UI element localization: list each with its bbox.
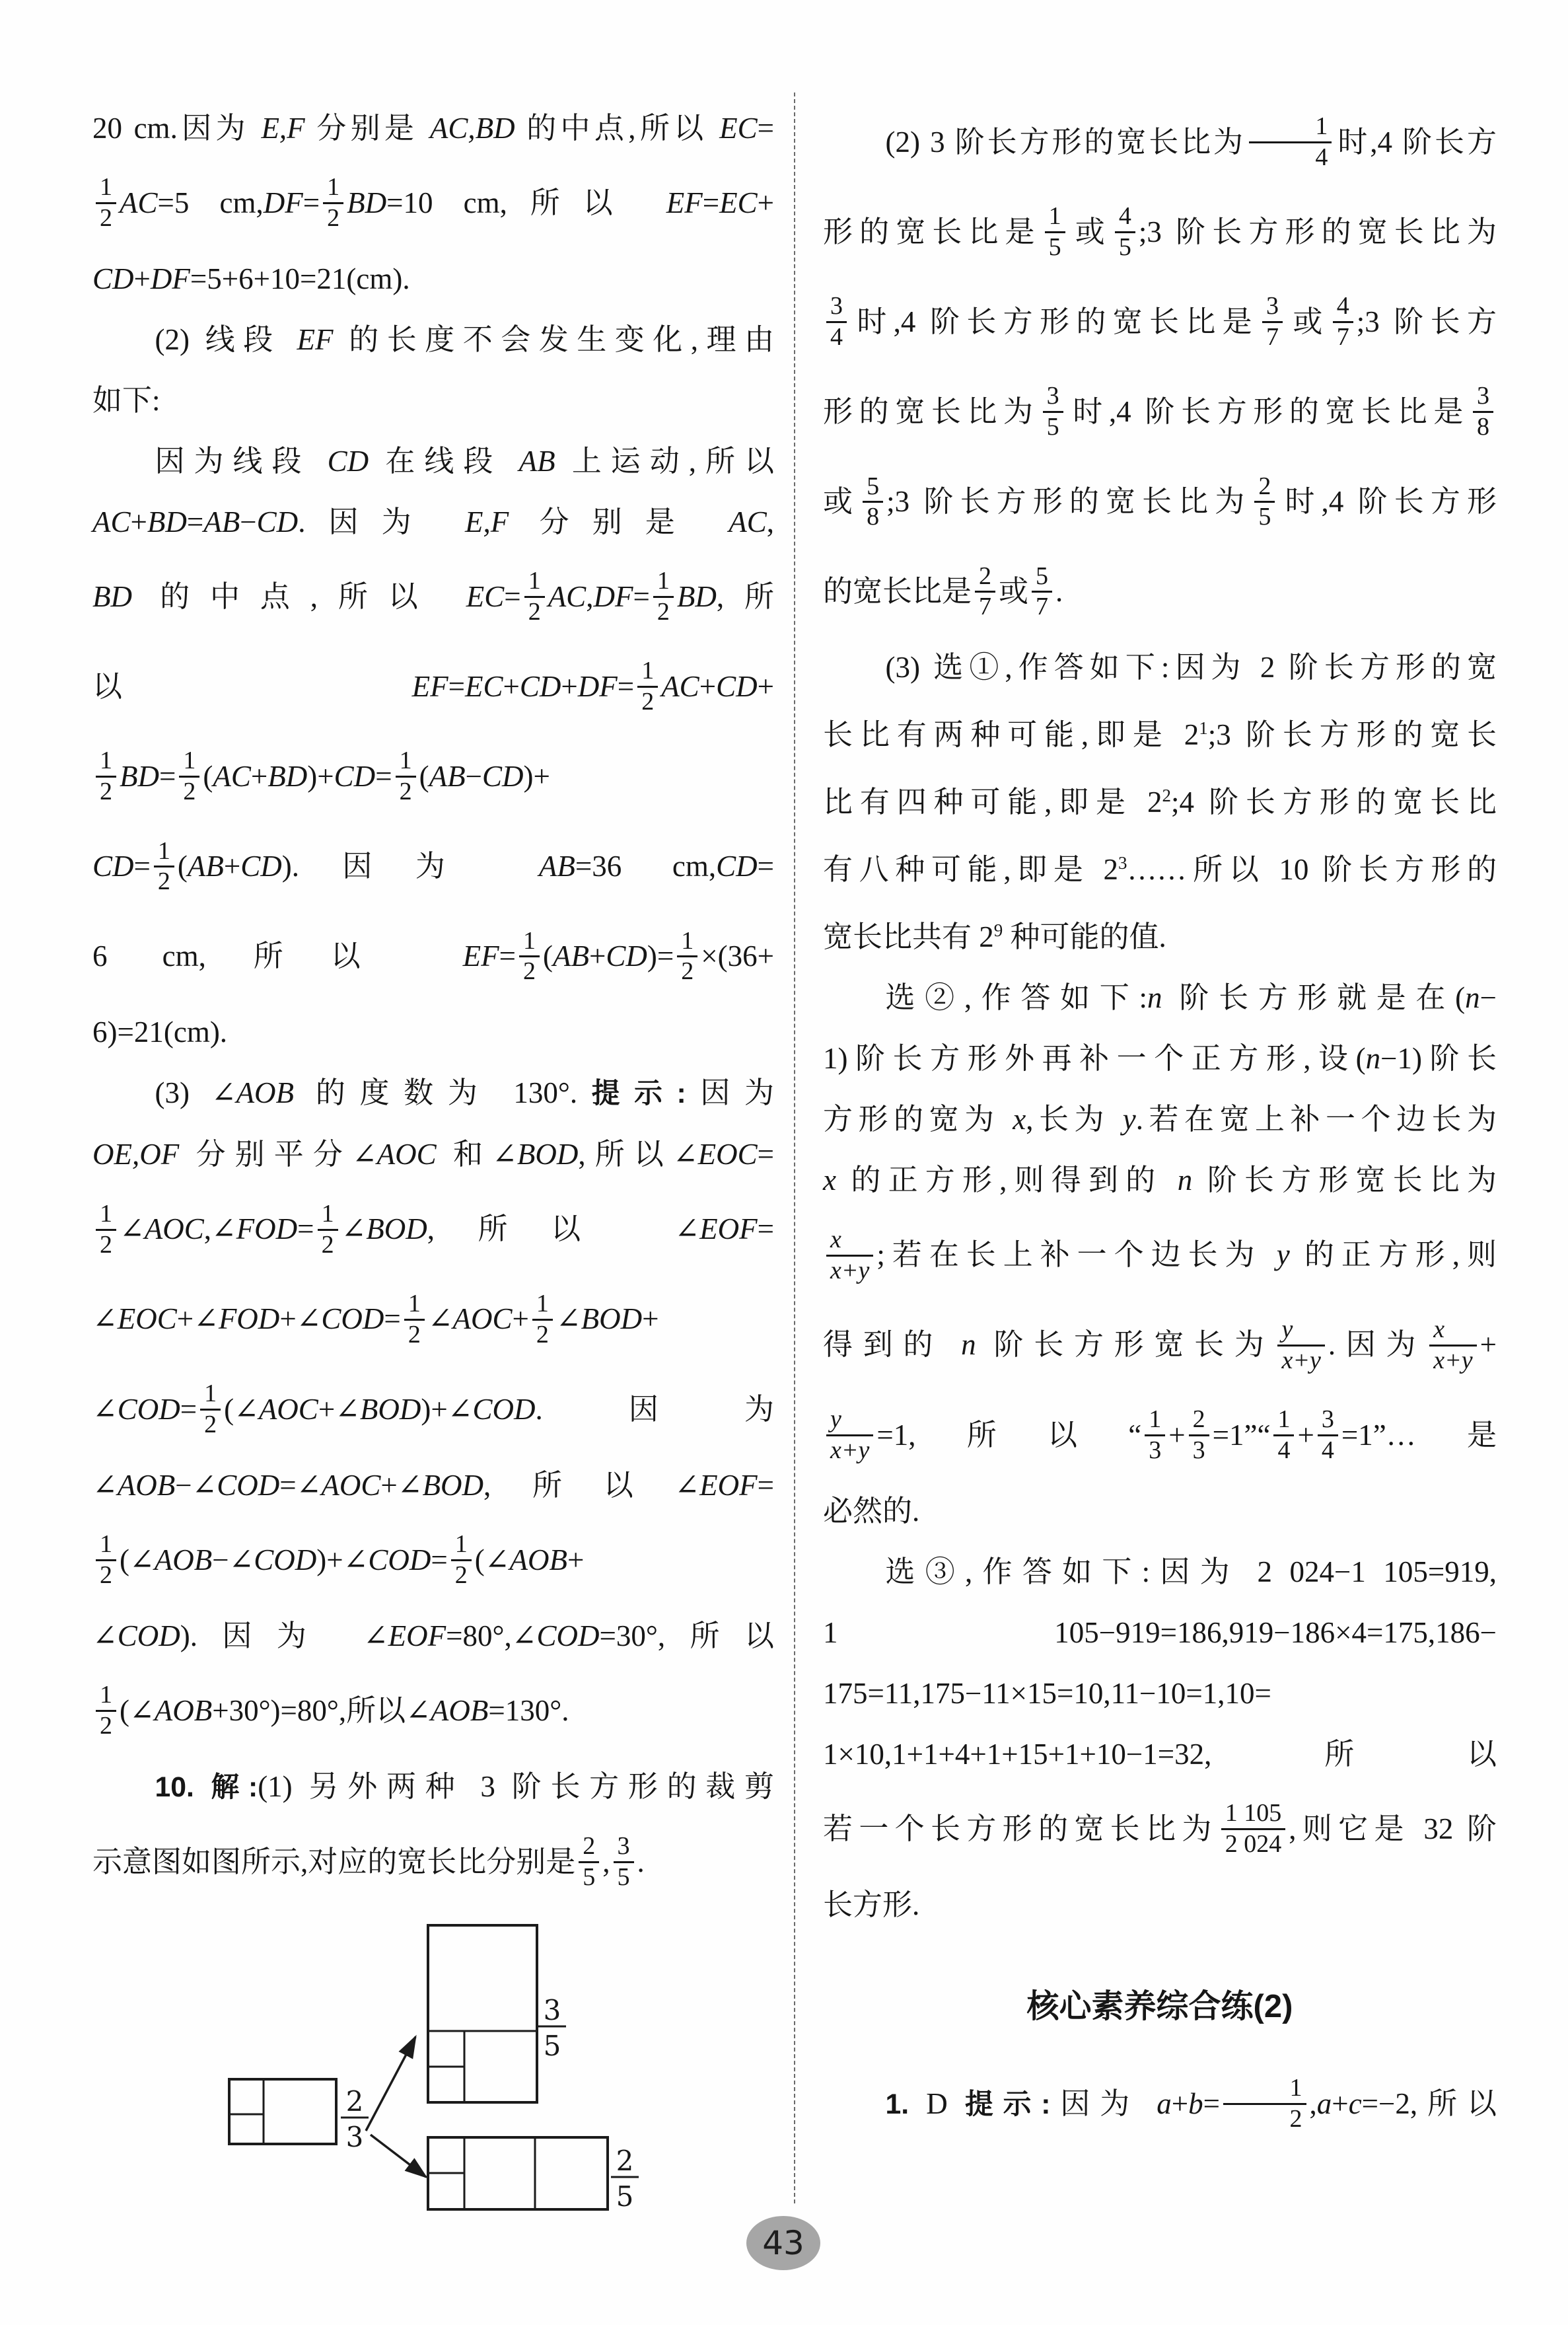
math: =80°, — [446, 1619, 512, 1652]
left-column: 20 cm.因为 E,F 分别是 AC,BD 的中点,所以 EC=12AC=5 … — [92, 98, 774, 2229]
math: ;3 — [1357, 305, 1394, 338]
fraction: 34 — [1318, 1407, 1338, 1464]
superscript: 1 — [1199, 718, 1208, 738]
math: 130°. — [513, 1076, 577, 1109]
fraction: 12 — [154, 838, 174, 896]
fraction-denominator: 3 — [1189, 1434, 1209, 1464]
text: 分别是 — [305, 112, 430, 145]
math-variable: AB — [519, 445, 555, 478]
math-variable: ∠COD — [343, 1543, 431, 1576]
math-variable: ∠EOF — [674, 1469, 757, 1502]
text: 或 — [1286, 305, 1330, 338]
fraction-numerator: 1 — [1223, 2075, 1306, 2103]
text: 阶长方形的宽长比为 — [923, 485, 1251, 518]
text-line: 175=11,175−11×15=10,11−10=1,10= — [823, 1663, 1497, 1724]
fraction: 12 — [96, 1682, 116, 1740]
math: + — [503, 670, 520, 703]
math-variable: DF — [151, 262, 190, 295]
fraction: 12 — [96, 174, 116, 232]
text: 阶长方形的宽长比是 — [930, 305, 1259, 338]
text: 线段 — [205, 323, 297, 356]
text-line: 必然的. — [823, 1481, 1497, 1541]
math: 1 105−919=186,919−186×4=175,186− — [823, 1616, 1497, 1649]
math: − — [212, 1543, 229, 1576]
fraction-denominator: 5 — [1043, 411, 1063, 441]
math-variable: ∠COD — [192, 1469, 280, 1502]
math-variable: AB — [188, 850, 224, 883]
fraction-denominator: 5 — [1115, 231, 1135, 261]
math: ×(36+ — [701, 940, 774, 973]
math: 1) — [823, 1042, 848, 1075]
math: + — [134, 262, 151, 295]
fraction: 12 — [404, 1291, 425, 1348]
text: 示意图如图所示,对应的宽长比分别是 — [92, 1845, 575, 1878]
text: 阶长方形就是在( — [1162, 981, 1465, 1014]
math: 3 — [480, 1770, 495, 1803]
fraction-numerator: 1 — [179, 748, 199, 776]
fraction: 35 — [614, 1833, 634, 1891]
text-line: 比有四种可能,即是 22;4 阶长方形的宽长比 — [823, 765, 1497, 832]
math-variable: ∠AOC — [297, 1469, 381, 1502]
math-variable: a — [1157, 2087, 1172, 2120]
math-variable: ∠BOD — [556, 1302, 642, 1335]
text: 的中点,所以 — [132, 580, 466, 613]
text: 阶长方 — [1394, 305, 1497, 338]
math-variable: EC — [466, 580, 505, 613]
text-line: 12∠AOC,∠FOD=12∠BOD,所以 ∠EOF= — [92, 1185, 774, 1274]
fraction-numerator: 4 — [1115, 203, 1135, 231]
math: = — [1203, 2087, 1220, 2120]
text: 时, — [850, 305, 901, 338]
text: 因为线段 — [155, 445, 328, 478]
text: 阶 — [1467, 1812, 1497, 1845]
math: , — [717, 580, 724, 613]
text: 或 — [1069, 215, 1112, 248]
math-variable: n — [1366, 1042, 1381, 1075]
text: 阶长 — [1422, 1042, 1497, 1075]
math-variable: ∠COD — [92, 1393, 180, 1426]
math-variable: ∠EOF — [363, 1619, 446, 1652]
text: 上运动,所以 — [555, 445, 774, 478]
math-variable: b — [1188, 2087, 1203, 2120]
text: 另外两种 — [309, 1770, 481, 1803]
math: = — [279, 1469, 296, 1502]
text: 或 — [823, 485, 859, 518]
fraction: 25 — [1254, 474, 1275, 531]
math: +30°)=80°, — [212, 1694, 346, 1727]
fraction: 12 — [96, 748, 116, 805]
source-rectangle — [229, 2079, 336, 2144]
fraction-numerator: 1 — [96, 1682, 116, 1710]
text: 的正方形,则 — [1290, 1238, 1497, 1271]
math-variable: n — [961, 1328, 976, 1361]
text: .若在宽上补一个边长为 — [1136, 1103, 1497, 1136]
svg-text:5: 5 — [616, 2180, 634, 2213]
text-line: OE,OF 分别平分∠AOC 和∠BOD,所以∠EOC= — [92, 1124, 774, 1185]
svg-text:3: 3 — [544, 1994, 561, 2026]
text: 形的宽长比是 — [823, 215, 1042, 248]
text: 若在长上补一个边长为 — [885, 1238, 1277, 1271]
math-variable: AC — [120, 186, 158, 219]
column-divider-dashed-line — [794, 92, 795, 2203]
text: 阶长方形的裁剪 — [495, 1770, 774, 1803]
fraction-numerator: 1 — [524, 568, 545, 596]
math-variable: ∠AOC — [428, 1302, 513, 1335]
math: =5 cm, — [158, 186, 264, 219]
text: 阶长方形的宽长比 — [1209, 786, 1497, 819]
math: ( — [178, 850, 188, 883]
text-line: (2) 3 阶长方形的宽长比为14时,4 阶长方 — [823, 98, 1497, 188]
text: 的中点,所以 — [515, 112, 719, 145]
fraction-denominator: 2 — [519, 955, 540, 985]
fraction: 12 — [653, 568, 674, 626]
math-variable: n — [1178, 1163, 1193, 1197]
text: ,长为 — [1026, 1103, 1123, 1136]
text-line: BD 的中点,所以 EC=12AC,DF=12BD,所 — [92, 552, 774, 642]
text-line: ∠COD=12(∠AOC+∠BOD)+∠COD.因为 — [92, 1365, 774, 1455]
text: 分别平分 — [179, 1138, 352, 1171]
math: (3) — [886, 651, 934, 684]
fraction: 12 — [451, 1532, 472, 1589]
math: ;3 — [1208, 718, 1246, 751]
text: ”…是 — [1373, 1419, 1497, 1452]
math: + — [1480, 1328, 1497, 1361]
math-variable: ∠EOF — [674, 1212, 757, 1245]
math: = — [303, 186, 320, 219]
math: (1) — [258, 1770, 308, 1803]
math-variable: E,F — [465, 505, 509, 538]
text-line: 形的宽长比为35时,4 阶长方形的宽长比是38 — [823, 367, 1497, 457]
math-variable: BD — [267, 760, 307, 793]
text: 所以 — [346, 1694, 406, 1727]
svg-text:5: 5 — [544, 2030, 561, 2062]
math-variable: BD — [120, 760, 159, 793]
text: 阶长方形的宽长比为 — [955, 126, 1246, 159]
text-line: 的宽长比是27或57. — [823, 547, 1497, 637]
text-line: 形的宽长比是15或45;3 阶长方形的宽长比为 — [823, 188, 1497, 277]
math: 2 — [1103, 853, 1118, 886]
math: ( — [475, 1543, 485, 1576]
math-variable: AC,BD — [430, 112, 515, 145]
fraction-denominator: 2 — [96, 1229, 116, 1259]
math-variable: EF — [666, 186, 703, 219]
fraction-numerator: x — [1429, 1317, 1476, 1345]
fraction-numerator: 1 — [1145, 1407, 1165, 1434]
fraction-numerator: 1 — [1273, 1407, 1294, 1434]
math: )+ — [421, 1393, 447, 1426]
fraction-numerator: 3 — [614, 1833, 634, 1861]
math: =−2, — [1362, 2087, 1418, 2120]
math: + — [513, 1302, 529, 1335]
fraction-denominator: 2 — [96, 1710, 116, 1740]
math: 4 — [1116, 395, 1145, 428]
math-variable: CD — [328, 445, 369, 478]
fraction-denominator: 4 — [1249, 141, 1332, 171]
left-column-lines: 20 cm.因为 E,F 分别是 AC,BD 的中点,所以 EC=12AC=5 … — [92, 98, 774, 1907]
fraction: 12 — [318, 1201, 338, 1259]
fraction-denominator: 5 — [1254, 501, 1275, 531]
text: 因为 — [543, 1393, 774, 1426]
math: + — [1172, 2087, 1188, 2120]
text-line: 1×10,1+1+4+1+15+1+10−1=32,所以 — [823, 1724, 1497, 1785]
math: + — [224, 850, 240, 883]
fraction-numerator: 1 — [677, 928, 697, 956]
fraction-numerator: 1 105 — [1221, 1800, 1286, 1828]
text: ,则它是 — [1289, 1812, 1423, 1845]
text-line: 如下: — [92, 370, 774, 431]
text: 宽长比共有 — [823, 920, 979, 953]
math: + — [567, 1543, 584, 1576]
fraction-numerator: 5 — [1032, 564, 1052, 591]
text: 如下: — [92, 384, 160, 417]
text: ,所以 — [483, 1469, 674, 1502]
text-line: 1. D 提示:因为 a+b=12,a+c=−2,所以 — [823, 2059, 1497, 2149]
math-variable: x — [1013, 1103, 1026, 1136]
math-variable: ∠COD — [92, 1619, 180, 1652]
fraction-denominator: 7 — [1032, 591, 1052, 620]
math-variable: AB — [203, 505, 240, 538]
math-variable: c — [1349, 2087, 1362, 2120]
fraction-numerator: 1 — [154, 838, 174, 866]
fraction-denominator: 4 — [1318, 1434, 1338, 1464]
fraction-denominator: 8 — [863, 501, 883, 531]
right-column-lines: (2) 3 阶长方形的宽长比为14时,4 阶长方形的宽长比是15或45;3 阶长… — [823, 98, 1497, 2149]
fraction: 37 — [1262, 293, 1283, 351]
text: 必然的. — [823, 1495, 919, 1528]
math-variable: CD — [334, 760, 376, 793]
math-variable: AC — [92, 505, 131, 538]
fraction-denominator: 7 — [1333, 321, 1353, 351]
math: =130°. — [488, 1694, 569, 1727]
bold-label: 提示: — [965, 2088, 1051, 2120]
text-line: 选③,作答如下:因为 2 024−1 105=919, — [823, 1541, 1497, 1602]
math: + — [177, 1302, 194, 1335]
fraction-numerator: 1 — [519, 928, 540, 956]
fraction-denominator: 2 024 — [1221, 1828, 1286, 1858]
math: . — [1055, 575, 1063, 608]
fraction-denominator: 2 — [179, 776, 199, 805]
bold-label: 提示: — [577, 1078, 686, 1109]
text-line: 1 105−919=186,919−186×4=175,186− — [823, 1602, 1497, 1663]
text: 长方形. — [823, 1888, 919, 1921]
math-variable: ∠AOC — [234, 1393, 318, 1426]
fraction-numerator: 1 — [404, 1291, 425, 1319]
fraction: 34 — [826, 293, 847, 351]
text: 因为 — [299, 850, 539, 883]
math: − — [1480, 981, 1497, 1014]
text-line: 6)=21(cm). — [92, 1002, 774, 1062]
math: )+ — [523, 760, 550, 793]
text-line: 12(∠AOB+30°)=80°,所以∠AOB=130°. — [92, 1666, 774, 1756]
math: ). — [282, 850, 299, 883]
math-variable: y — [1277, 1238, 1290, 1271]
text-line: ∠COD).因为 ∠EOF=80°,∠COD=30°,所以 — [92, 1605, 774, 1666]
text: 因为 — [686, 1076, 774, 1109]
math: , — [586, 580, 593, 613]
fraction-numerator: 4 — [1333, 293, 1353, 321]
math: + — [758, 670, 774, 703]
math-variable: E,F — [261, 112, 304, 145]
math: , — [602, 1845, 610, 1878]
fraction: 25 — [579, 1833, 599, 1891]
math-variable: AB — [429, 760, 466, 793]
text-line: 6 cm,所以 EF=12(AB+CD)=12×(36+ — [92, 912, 774, 1002]
fraction-numerator: 3 — [1043, 383, 1063, 411]
text: 选②,作答如下: — [886, 981, 1147, 1014]
math-variable: ∠AOB — [485, 1543, 567, 1576]
math: (3) — [155, 1076, 211, 1109]
math: ;3 — [1139, 215, 1176, 248]
math: + — [758, 186, 774, 219]
fraction-numerator: 5 — [863, 474, 883, 501]
fraction-numerator: 1 — [653, 568, 674, 596]
math: )+ — [316, 1543, 343, 1576]
math: + — [131, 505, 147, 538]
math: 32 — [1423, 1812, 1467, 1845]
math: 20 cm. — [92, 112, 178, 145]
math: = — [703, 186, 719, 219]
fraction-denominator: 2 — [637, 686, 658, 716]
fraction-numerator: y — [826, 1407, 873, 1434]
math-variable: BD — [147, 505, 187, 538]
text-line: 选②,作答如下:n 阶长方形就是在(n− — [823, 967, 1497, 1028]
math: =36 cm, — [575, 850, 716, 883]
bold-label: 10. 解: — [155, 1771, 258, 1803]
right-column: (2) 3 阶长方形的宽长比为14时,4 阶长方形的宽长比是15或45;3 阶长… — [823, 98, 1497, 2149]
math-variable: a — [1317, 2087, 1332, 2120]
math-variable: CD — [606, 940, 647, 973]
fraction: 57 — [1032, 564, 1052, 621]
text: 选①,作答如下:因为 — [933, 651, 1260, 684]
text: 所以 — [435, 1212, 674, 1245]
text-line: 1)阶长方形外再补一个正方形,设(n−1)阶长 — [823, 1028, 1497, 1089]
math: = — [758, 850, 774, 883]
text: 所 — [724, 580, 774, 613]
math-variable: ∠COD — [229, 1543, 317, 1576]
fraction: 12 — [519, 928, 540, 986]
math: =10 cm, — [386, 186, 507, 219]
math-variable: ∠AOB — [129, 1694, 212, 1727]
text: 所以“ — [916, 1419, 1142, 1452]
arrow-to-lower-icon — [371, 2135, 426, 2177]
text: ”“ — [1244, 1419, 1271, 1452]
fraction: 12 — [396, 748, 416, 805]
superscript: 3 — [1118, 853, 1127, 873]
text-line: 长方形. — [823, 1874, 1497, 1935]
math: = — [633, 580, 649, 613]
math-variable: n — [1147, 981, 1162, 1014]
fraction: 12 — [179, 748, 199, 805]
text: 阶长方形的宽长比是 — [1145, 395, 1469, 428]
fraction-denominator: 2 — [200, 1409, 221, 1438]
text-line: 得到的 n 阶长方形宽长为yx+y.因为xx+y+ — [823, 1300, 1497, 1390]
fraction: 12 — [637, 658, 658, 716]
math-variable: EF — [463, 940, 499, 973]
text-line: 12AC=5 cm,DF=12BD=10 cm,所以 EF=EC+ — [92, 159, 774, 248]
text: 的正方形,则得到的 — [836, 1163, 1178, 1197]
math: + — [699, 670, 716, 703]
fraction-numerator: 3 — [1318, 1407, 1338, 1434]
fraction-denominator: 4 — [826, 321, 847, 351]
math-variable: ∠COD — [448, 1393, 536, 1426]
math: =1 — [1213, 1419, 1244, 1452]
cutting-scheme-diagram: 2 3 3 5 — [165, 1911, 674, 2229]
text-line: x 的正方形,则得到的 n 阶长方形宽长比为 — [823, 1150, 1497, 1210]
math-variable: EC — [719, 186, 758, 219]
upper-ratio-label: 3 5 — [538, 1994, 566, 2062]
fraction: 12 — [1223, 2075, 1306, 2133]
text: 长比有两种可能,即是 — [823, 718, 1184, 751]
math-variable: ∠EOC — [673, 1138, 758, 1171]
text-line: 20 cm.因为 E,F 分别是 AC,BD 的中点,所以 EC= — [92, 98, 774, 159]
math-variable: BD — [677, 580, 717, 613]
fraction: 38 — [1473, 383, 1493, 441]
text: 比有四种可能,即是 — [823, 786, 1147, 819]
math: ;3 — [886, 485, 923, 518]
math: = — [448, 670, 465, 703]
math-variable: ∠COD — [512, 1619, 600, 1652]
text-line: 12BD=12(AC+BD)+CD=12(AB−CD)+ — [92, 732, 774, 822]
math: + — [251, 760, 267, 793]
text-line: ∠EOC+∠FOD+∠COD=12∠AOC+12∠BOD+ — [92, 1274, 774, 1364]
fraction-numerator: 2 — [1189, 1407, 1209, 1434]
text: 所以 — [1417, 2087, 1497, 2120]
fraction-denominator: 2 — [404, 1319, 425, 1348]
fraction-denominator: 2 — [96, 202, 116, 232]
text: 以 — [92, 670, 412, 703]
math-variable: CD — [716, 850, 758, 883]
text-line: 12(∠AOB−∠COD)+∠COD=12(∠AOB+ — [92, 1516, 774, 1605]
fraction-denominator: 5 — [614, 1861, 634, 1891]
text: 因为 — [305, 505, 465, 538]
fraction-numerator: 2 — [975, 564, 995, 591]
math: , — [427, 1212, 435, 1245]
fraction: 14 — [1273, 1407, 1294, 1464]
fraction-denominator: 5 — [579, 1861, 599, 1891]
math: + — [642, 1302, 659, 1335]
math: 4 — [1377, 126, 1402, 159]
fraction-numerator: 1 — [1249, 114, 1332, 141]
text-line: ∠AOB−∠COD=∠AOC+∠BOD,所以∠EOF= — [92, 1455, 774, 1516]
fraction-numerator: 1 — [96, 1532, 116, 1559]
fraction-denominator: 2 — [451, 1559, 472, 1589]
math-variable: EF — [297, 323, 334, 356]
fraction: 12 — [532, 1291, 553, 1348]
math-variable: AC — [548, 580, 587, 613]
math: D — [909, 2087, 965, 2120]
fraction-numerator: x — [826, 1227, 873, 1255]
math: 6 cm, — [92, 940, 206, 973]
text: 所以 — [507, 186, 666, 219]
fraction: 12 — [323, 174, 343, 232]
text-line: 宽长比共有 29 种可能的值. — [823, 900, 1497, 967]
text: 时, — [1067, 395, 1116, 428]
text: 选③,作答如下:因为 — [886, 1555, 1258, 1588]
text-line: 长比有两种可能,即是 21;3 阶长方形的宽长 — [823, 698, 1497, 765]
math-variable: AB — [539, 850, 575, 883]
math-variable: CD — [482, 760, 524, 793]
math: = — [758, 112, 774, 145]
math-variable: y — [1123, 1103, 1136, 1136]
svg-text:3: 3 — [346, 2121, 364, 2153]
math: 6)=21(cm). — [92, 1015, 227, 1049]
text: 在线段 — [369, 445, 518, 478]
math: )= — [647, 940, 674, 973]
fraction-numerator: 2 — [579, 1833, 599, 1861]
text-line: 34时,4 阶长方形的宽长比是37或47;3 阶长方 — [823, 277, 1497, 367]
math: = — [134, 850, 151, 883]
math: − — [466, 760, 482, 793]
